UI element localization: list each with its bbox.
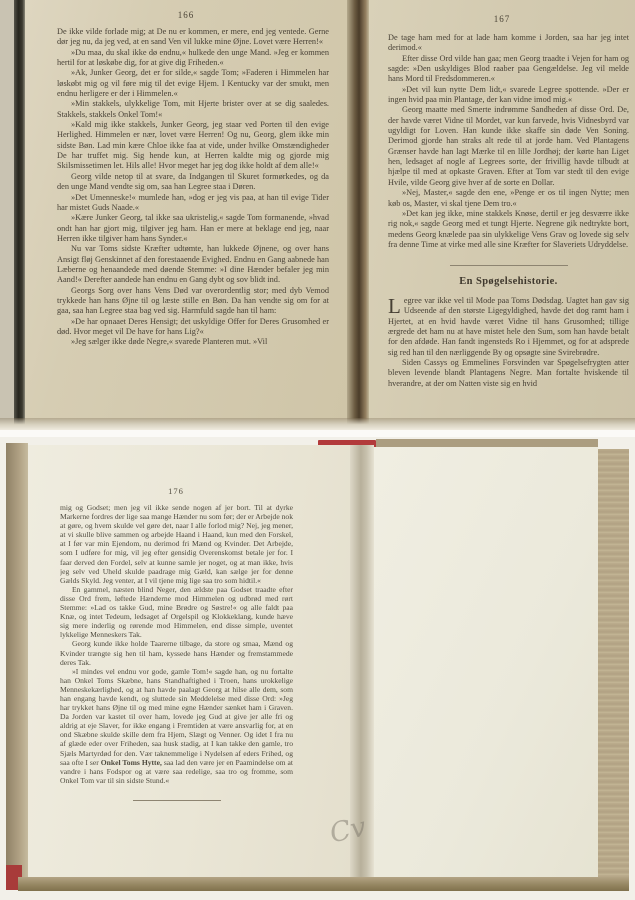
paragraph: Siden Cassys og Emmelines Forsvinden var… [388,358,629,389]
paragraph: »Det Umenneske!« mumlede han, »dog er je… [57,193,329,214]
page-167: 167 De tage ham med for at lade ham komm… [369,0,635,430]
paragraph: De tage ham med for at lade ham komme i … [388,33,629,54]
paragraph: En gammel, næsten blind Neger, den ældst… [60,585,293,640]
end-divider [60,794,293,803]
page-number-167: 167 [369,14,635,24]
book-binding-edge [14,0,25,430]
page-edges-bottom [0,418,635,430]
paragraph: mig og Godset; men jeg vil ikke sende no… [60,503,293,585]
page-number-176: 176 [60,486,292,496]
paragraph: »Kære Junker Georg, tal ikke saa ukriste… [57,213,329,244]
paragraph: Georg maatte med Smerte indrømme Sandhed… [388,105,629,188]
section-divider [388,259,629,269]
chapter-opening-paragraph: Legree var ikke vel til Mode paa Toms Dø… [388,296,629,358]
final-paragraph: »I mindes vel endnu vor gode, gamle Tom!… [60,667,293,785]
page-167-text-column: De tage ham med for at lade ham komme i … [388,33,629,424]
paragraph: »Det kan jeg ikke, mine stakkels Knøse, … [388,209,629,250]
book-title-inline: Onkel Toms Hytte, [101,758,162,767]
paragraph: »Kald mig ikke stakkels, Junker Georg, j… [57,120,329,172]
paragraph: De ikke vilde forlade mig; at De nu er k… [57,27,329,48]
page-edges-bottom [18,877,629,891]
book-gutter [347,0,369,430]
paragraph: Efter disse Ord vilde han gaa; men Georg… [388,54,629,85]
page-edges-right [598,449,629,881]
page-176-text-column: mig og Godset; men jeg vil ikke sende no… [60,503,293,876]
page-166: 166 De ikke vilde forlade mig; at De nu … [25,0,347,430]
photo-left-margin [0,0,14,430]
paragraph: »Du maa, du skal ikke dø endnu,« hulkede… [57,48,329,69]
book-cover-edge-left [6,443,28,890]
paragraph: Nu var Toms sidste Kræfter udtømte, han … [57,244,329,285]
paragraph: »Min stakkels, ulykkelige Tom, mit Hjert… [57,99,329,120]
paragraph: Georg vilde netop til at svare, da Indga… [57,172,329,193]
paragraph: »De har opnaaet Deres Hensigt; det uskyl… [57,317,329,338]
photo-spread-176-blank: 176 mig og Godset; men jeg vil ikke send… [0,437,635,900]
page-number-166: 166 [25,10,347,20]
paragraph: »Det vil kun nytte Dem lidt,« svarede Le… [388,85,629,106]
drop-cap: L [388,296,404,316]
blank-right-page [374,447,598,881]
paragraph: »Ak, Junker Georg, det er for silde,« sa… [57,68,329,99]
chapter-heading: En Spøgelsehistorie. [388,277,629,287]
book-photos-page: 166 De ikke vilde forlade mig; at De nu … [0,0,635,900]
final-paragraph-pre: »I mindes vel endnu vor gode, gamle Tom!… [60,667,293,767]
paragraph: Georgs Sorg over hans Vens Død var overo… [57,286,329,317]
paragraph: »Jeg sælger ikke døde Negre,« svarede Pl… [57,337,329,347]
page-166-text-column: De ikke vilde forlade mig; at De nu er k… [57,27,329,424]
photo-spread-166-167: 166 De ikke vilde forlade mig; at De nu … [0,0,635,430]
paragraph: »Nej, Master,« sagde den ene, »Penge er … [388,188,629,209]
paragraph: Georg kunde ikke holde Taarerne tilbage,… [60,639,293,666]
chapter-opening-text: egree var ikke vel til Mode paa Toms Død… [388,296,629,357]
